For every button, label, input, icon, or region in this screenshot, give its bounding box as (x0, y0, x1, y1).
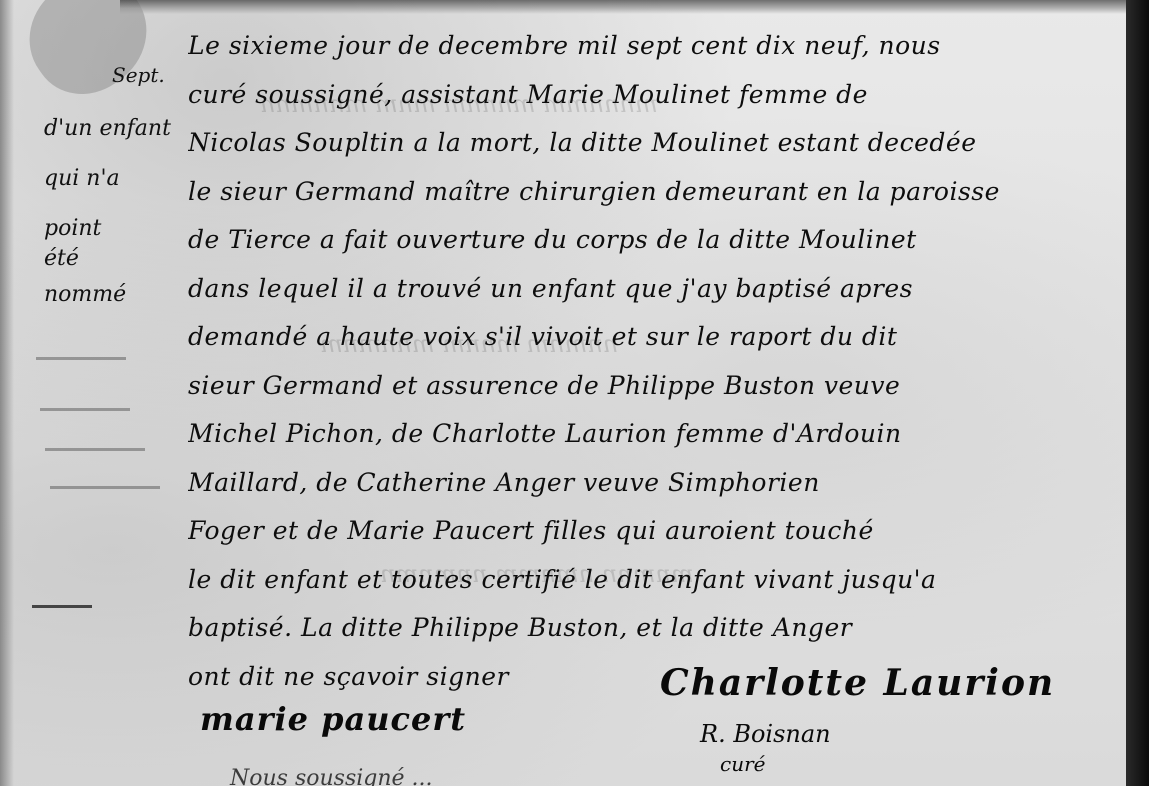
margin-reference: Sept. (112, 50, 165, 100)
text-line: Foger et de Marie Paucert filles qui aur… (188, 507, 1126, 556)
text-line: Maillard, de Catherine Anger veuve Simph… (188, 459, 1126, 508)
text-line: le dit enfant et toutes certifié le dit … (188, 556, 1126, 605)
page-left-shadow (0, 0, 14, 786)
margin-rule (32, 605, 92, 608)
signature-priest: R. Boisnan (700, 720, 831, 748)
binding-edge (1126, 0, 1149, 786)
margin-rule (45, 448, 145, 451)
priest-title: curé (720, 752, 765, 776)
text-line: Le sixieme jour de decembre mil sept cen… (188, 22, 1126, 71)
margin-line: qui n'a (44, 154, 184, 204)
margin-note: Sept. d'un enfant qui n'a point été nomm… (44, 56, 184, 320)
text-line: curé soussigné, assistant Marie Moulinet… (188, 71, 1126, 120)
page-top-edge (120, 0, 1126, 14)
text-line: de Tierce a fait ouverture du corps de l… (188, 216, 1126, 265)
text-line: le sieur Germand maître chirurgien demeu… (188, 168, 1126, 217)
signature-marie-paucert: marie paucert (200, 700, 466, 738)
register-page: mnnnmm mnnnm mnm mnnmnn nnmnm mnnm mnnmn… (0, 0, 1126, 786)
text-line: sieur Germand et assurence de Philippe B… (188, 362, 1126, 411)
text-line: Michel Pichon, de Charlotte Laurion femm… (188, 410, 1126, 459)
text-line: Nicolas Soupltin a la mort, la ditte Mou… (188, 119, 1126, 168)
margin-rule (36, 357, 126, 360)
next-entry-cutoff: Nous soussigné ... (230, 766, 433, 786)
text-line: dans lequel il a trouvé un enfant que j'… (188, 265, 1126, 314)
margin-rule (50, 486, 160, 489)
margin-line: d'un enfant (44, 104, 184, 154)
text-line: baptisé. La ditte Philippe Buston, et la… (188, 604, 1126, 653)
entry-body: Le sixieme jour de decembre mil sept cen… (188, 22, 1126, 701)
signature-charlotte-laurion: Charlotte Laurion (660, 662, 1055, 704)
margin-rule (40, 408, 130, 411)
margin-line: nommé (44, 270, 184, 320)
text-line: demandé a haute voix s'il vivoit et sur … (188, 313, 1126, 362)
